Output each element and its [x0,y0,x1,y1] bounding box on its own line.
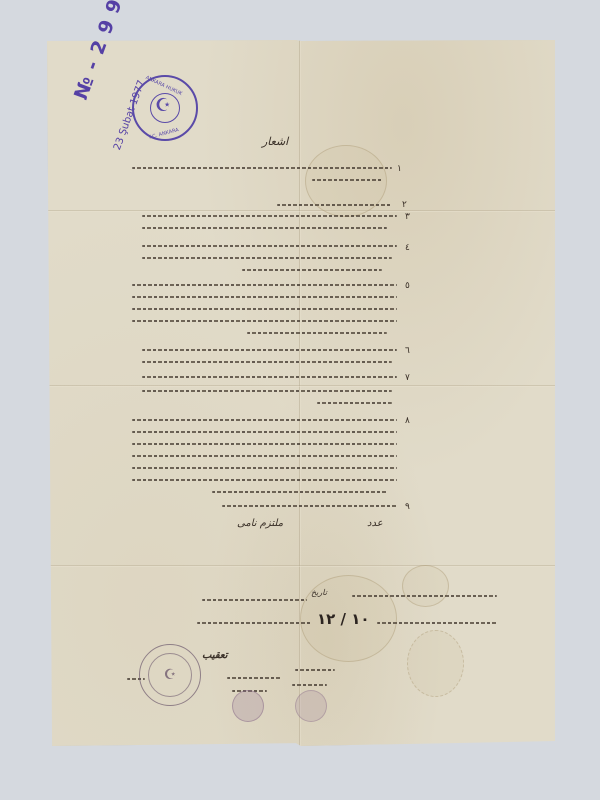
text-line [132,306,397,312]
text-line [142,347,397,353]
text-line [132,165,392,171]
text-line [142,213,397,219]
item-number: ٧ [405,373,410,383]
text-line [132,294,397,300]
text-line [142,243,397,249]
text-line [132,465,397,471]
text-line [247,330,387,336]
handwritten-mark: تعقیب [202,650,228,661]
text-line [142,374,397,380]
text-line [377,620,497,626]
item-number: ٤ [405,243,410,253]
text-line [202,597,307,603]
text-line [142,388,392,394]
signature-left: ملتزم نامی [237,518,283,529]
text-line [132,429,397,435]
text-line [132,477,397,483]
date-label: تاریخ [311,588,327,597]
text-line [222,503,397,509]
text-line [317,400,392,406]
text-line [277,202,392,208]
item-number: ٥ [405,281,410,291]
text-line [312,177,382,183]
item-number: ٦ [405,346,410,356]
text-line [295,667,335,673]
text-line [132,282,397,288]
horizontal-fold-2 [47,385,555,387]
signature-right: عدد [367,518,383,529]
text-line [132,417,397,423]
text-line [132,441,397,447]
handwritten-number: ١٠ / ١٢ [317,610,370,628]
text-line [197,620,312,626]
stain [402,565,449,607]
text-line [142,225,387,231]
text-line [132,318,397,324]
text-line [142,359,392,365]
item-number: ٨ [405,416,410,426]
large-seal: ☪ [139,644,201,706]
crescent-icon: ☪ [164,667,177,683]
stain [407,630,464,697]
small-seal-2 [295,690,327,722]
text-line [352,593,497,599]
horizontal-fold-3 [47,565,555,567]
round-office-stamp: ☪ ANKARA HUKUK T.C. ANKARA [132,75,198,141]
item-number: ٢ [402,200,407,210]
text-line [132,453,397,459]
text-line [142,255,392,261]
document-heading: اشعار [262,135,288,148]
item-number: ١ [397,164,402,174]
crescent-icon: ☪ [155,97,171,115]
horizontal-fold-1 [47,210,555,212]
text-line [227,675,282,681]
text-line [242,267,382,273]
item-number: ٣ [405,212,410,222]
stamp-text-bottom: T.C. ANKARA [148,127,180,141]
text-line [292,682,327,688]
item-number: ٩ [405,502,410,512]
text-line [212,489,387,495]
small-seal-1 [232,690,264,722]
